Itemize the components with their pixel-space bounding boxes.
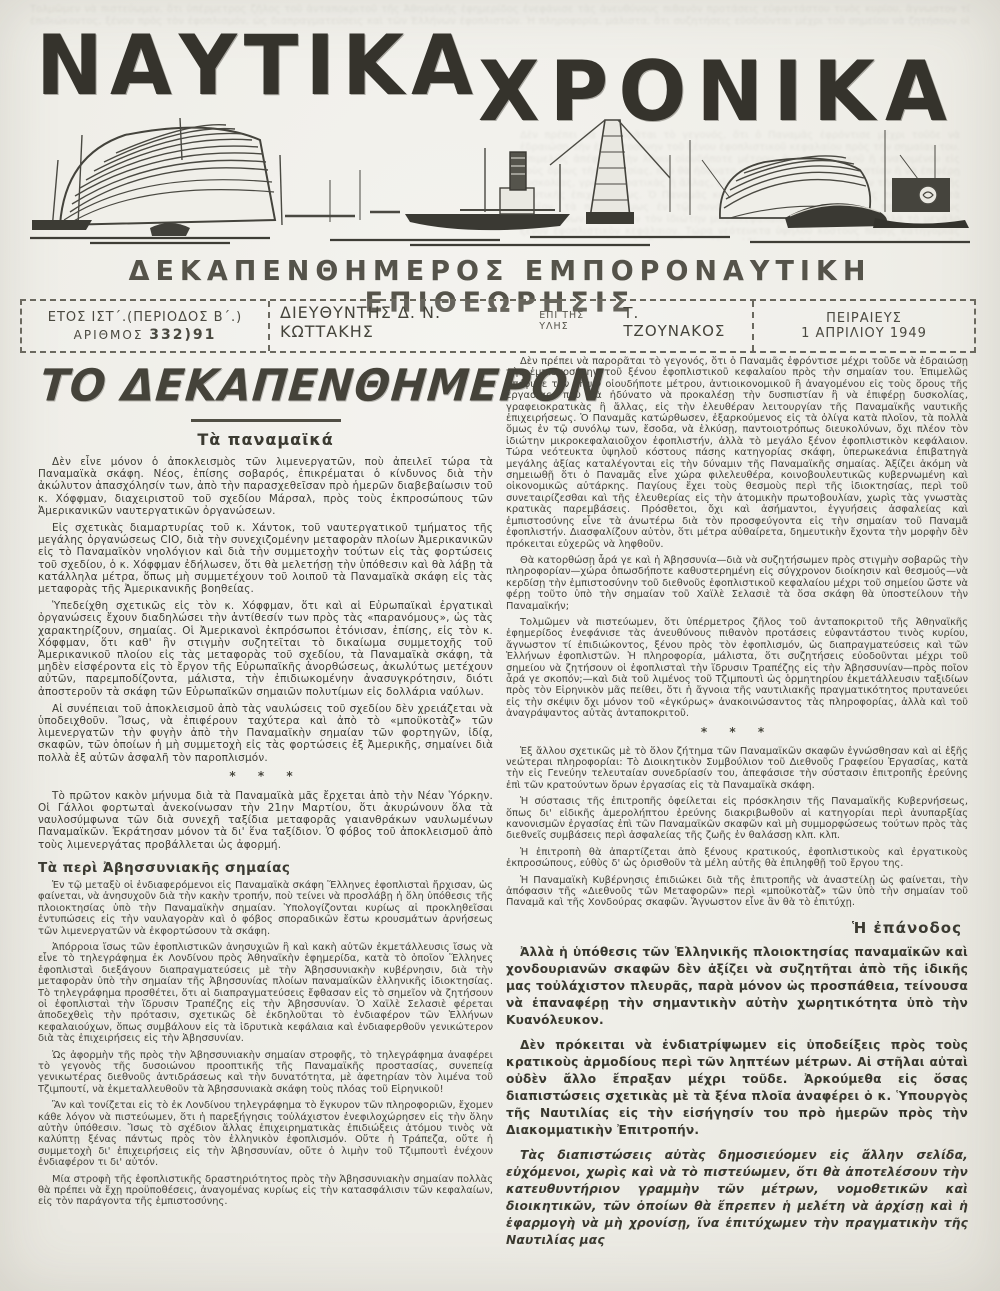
staff-info: ΔΙΕΥΘΥΝΤΗΣ Δ. Ν. ΚΩΤΤΑΚΗΣ ΕΠΙ ΤΗΣ ΥΛΗΣ Τ…	[268, 301, 754, 351]
paragraph: Ἐξ ἄλλου σχετικῶς μὲ τὸ ὅλον ζήτημα τῶν …	[506, 746, 968, 792]
date: 1 ΑΠΡΙΛΙΟΥ 1949	[764, 326, 964, 341]
paragraph: Ἀλλὰ ἡ ὑπόθεσις τῶν Ἑλληνικῆς πλοιοκτησί…	[506, 944, 968, 1029]
newspaper-page: Τολμῶμεν νὰ πιστεύωμεν, ὅτι ὑπέρμετρος ζ…	[0, 0, 1000, 1291]
director-label: ΔΙΕΥΘΥΝΤΗΣ	[280, 303, 392, 322]
paragraph-italic: Τὰς διαπιστώσεις αὐτὰς δημοσιεύομεν εἰς …	[506, 1147, 968, 1249]
star-separator: * * *	[38, 769, 493, 783]
paragraph: Δὲν εἶνε μόνον ὁ ἀποκλεισμὸς τῶν λιμενερ…	[38, 456, 493, 517]
place-date: ΠΕΙΡΑΙΕΥΣ 1 ΑΠΡΙΛΙΟΥ 1949	[754, 301, 974, 351]
paragraph: Δὲν πρέπει νὰ παρορᾶται τὸ γεγονός, ὅτι …	[506, 356, 968, 550]
paragraph: Ἡ σύστασις τῆς ἐπιτροπῆς ὀφείλεται εἰς π…	[506, 796, 968, 842]
paragraph: Ἂν καὶ τονίζεται εἰς τὸ ἐκ Λονδίνου τηλε…	[38, 1100, 493, 1168]
paragraph: Ἡ ἐπιτροπὴ θὰ ἀπαρτίζεται ἀπὸ ξένους κρα…	[506, 847, 968, 870]
paragraph: Μία στροφὴ τῆς ἐφοπλιστικῆς δραστηριότητ…	[38, 1174, 493, 1208]
paragraph: Ἀπόρροια ἴσως τῶν ἐφοπλιστικῶν ἀνησυχιῶν…	[38, 942, 493, 1045]
paragraph: Αἱ συνέπειαι τοῦ ἀποκλεισμοῦ ἀπὸ τὰς ναυ…	[38, 703, 493, 764]
paragraph: Τὸ πρῶτον κακὸν μήνυμα διὰ τὰ Παναμαϊκὰ …	[38, 790, 493, 851]
editor-name: Τ. ΤΖΟΥΝΑΚΟΣ	[623, 304, 742, 340]
section-title-abyssinian-flag: Τὰ περὶ Ἀβησσυνιακῆς σημαίας	[38, 860, 493, 876]
right-column: Δὲν πρέπει νὰ παρορᾶται τὸ γεγονός, ὅτι …	[506, 356, 968, 1257]
headline-rule	[191, 419, 341, 422]
harbor-illustration	[30, 100, 970, 248]
issue-number-label: ΑΡΙΘΜΟΣ	[74, 328, 144, 342]
left-column: ΤΟ ΔΕΚΑΠΕΝΘΗΜΕΡΟΝ Τὰ παναμαϊκά Δὲν εἶνε …	[38, 362, 493, 1213]
paragraph: Εἰς σχετικὰς διαμαρτυρίας τοῦ κ. Χάντοκ,…	[38, 522, 493, 595]
article-headline: ΤΟ ΔΕΚΑΠΕΝΘΗΜΕΡΟΝ	[38, 360, 498, 411]
issue-info-bar: ΕΤΟΣ ΙΣΤ΄.(ΠΕΡΙΟΔΟΣ Β΄.) ΑΡΙΘΜΟΣ 332)91 …	[20, 299, 976, 353]
place: ΠΕΙΡΑΙΕΥΣ	[764, 311, 964, 326]
editor-label: ΕΠΙ ΤΗΣ ΥΛΗΣ	[539, 310, 614, 332]
paragraph: Δὲν πρόκειται νὰ ἐνδιατρίψωμεν εἰς ὑποδε…	[506, 1037, 968, 1139]
section-title-panamaika: Τὰ παναμαϊκά	[38, 430, 493, 449]
paragraph: Ἡ Παναμαϊκὴ Κυβέρνησις ἐπιδιώκει διὰ τῆς…	[506, 875, 968, 909]
paragraph: Ἐν τῷ μεταξὺ οἱ ἐνδιαφερόμενοι εἰς Παναμ…	[38, 880, 493, 937]
section-title-epanodos: Ἡ ἐπάνοδος	[506, 919, 962, 937]
paragraph: Ὡς ἀφορμὴν τῆς πρὸς τὴν Ἀβησσυνιακὴν σημ…	[38, 1050, 493, 1096]
star-separator: * * *	[506, 725, 968, 739]
issue-info: ΕΤΟΣ ΙΣΤ΄.(ΠΕΡΙΟΔΟΣ Β΄.) ΑΡΙΘΜΟΣ 332)91	[22, 301, 268, 351]
paragraph: Ὑπεδείχθη σχετικῶς εἰς τὸν κ. Χόφφμαν, ὅ…	[38, 600, 493, 698]
issue-number: 332)91	[149, 327, 216, 343]
paragraph: Τολμῶμεν νὰ πιστεύωμεν, ὅτι ὑπέρμετρος ζ…	[506, 617, 968, 720]
paragraph: Θὰ κατορθώσῃ ἆρά γε καὶ ἡ Ἀβησσυνία—διὰ …	[506, 555, 968, 612]
year-period: ΕΤΟΣ ΙΣΤ΄.(ΠΕΡΙΟΔΟΣ Β΄.)	[32, 310, 258, 325]
masthead-title-word-1: ΝΑΥΤΙΚΑ	[36, 24, 480, 107]
